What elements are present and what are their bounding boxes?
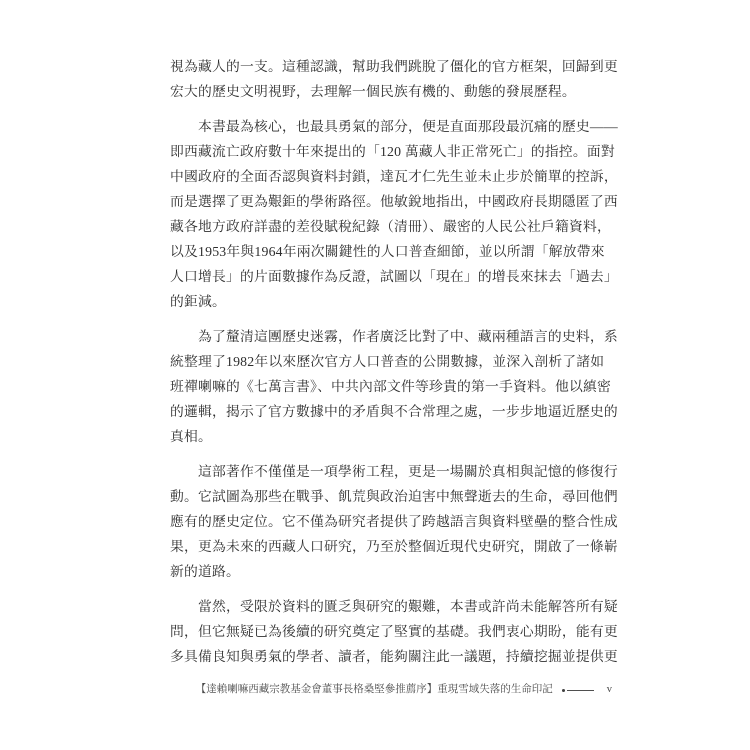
page-number: v — [607, 683, 612, 697]
text-line: 果，更為未來的西藏人口研究，乃至於整個近現代史研究，開啟了一條嶄 — [170, 534, 622, 559]
text-line: 中國政府的全面否認與資料封鎖，達瓦才仁先生並未止步於簡單的控訴， — [170, 164, 622, 189]
text-line: 統整理了1982年以來歷次官方人口普查的公開數據，並深入剖析了諸如 — [170, 349, 622, 374]
text-line: 藏各地方政府詳盡的差役賦稅紀錄（清冊）、嚴密的人民公社戶籍資料， — [170, 214, 622, 239]
text-line: 為了釐清這團歷史迷霧，作者廣泛比對了中、藏兩種語言的史料，系 — [170, 324, 622, 349]
text-line: 宏大的歷史文明視野，去理解一個民族有機的、動態的發展歷程。 — [170, 79, 622, 104]
paragraph: 這部著作不僅僅是一項學術工程，更是一場關於真相與記憶的修復行動。它試圖為那些在戰… — [170, 459, 622, 584]
footer-caption: 【達賴喇嘛西藏宗教基金會董事長格桑堅參推薦序】重現雪域失落的生命印記 — [196, 683, 553, 697]
text-line: 的邏輯，揭示了官方數據中的矛盾與不合常理之處，一步步地逼近歷史的 — [170, 399, 622, 424]
paragraph: 本書最為核心，也最具勇氣的部分，便是直面那段最沉痛的歷史——即西藏流亡政府數十年… — [170, 114, 622, 314]
text-line: 視為藏人的一支。這種認識，幫助我們跳脫了僵化的官方框架，回歸到更 — [170, 54, 622, 79]
text-line: 真相。 — [170, 424, 622, 449]
text-line: 當然，受限於資料的匱乏與研究的艱難，本書或許尚未能解答所有疑 — [170, 594, 622, 619]
text-line: 的鉅減。 — [170, 289, 622, 314]
bullet-dot-icon — [562, 689, 565, 692]
text-line: 問，但它無疑已為後續的研究奠定了堅實的基礎。我們衷心期盼，能有更 — [170, 619, 622, 644]
body-text: 視為藏人的一支。這種認識，幫助我們跳脫了僵化的官方框架，回歸到更宏大的歷史文明視… — [170, 54, 622, 679]
text-line: 動。它試圖為那些在戰爭、飢荒與政治迫害中無聲逝去的生命，尋回他們 — [170, 484, 622, 509]
dash-rule-icon — [567, 690, 594, 691]
book-page: 視為藏人的一支。這種認識，幫助我們跳脫了僵化的官方框架，回歸到更宏大的歷史文明視… — [0, 0, 750, 750]
text-line: 即西藏流亡政府數十年來提出的「120 萬藏人非正常死亡」的指控。面對 — [170, 139, 622, 164]
text-line: 人口增長」的片面數據作為反證，試圖以「現在」的增長來抹去「過去」 — [170, 264, 622, 289]
paragraph: 視為藏人的一支。這種認識，幫助我們跳脫了僵化的官方框架，回歸到更宏大的歷史文明視… — [170, 54, 622, 104]
footer-divider-mark — [562, 689, 594, 692]
text-line: 多具備良知與勇氣的學者、讀者，能夠關注此一議題，持續挖掘並提供更 — [170, 644, 622, 669]
text-line: 以及1953年與1964年兩次關鍵性的人口普查細節，並以所謂「解放帶來 — [170, 239, 622, 264]
text-line: 而是選擇了更為艱鉅的學術路徑。他敏銳地指出，中國政府長期隱匿了西 — [170, 189, 622, 214]
text-line: 應有的歷史定位。它不僅為研究者提供了跨越語言與資料壁壘的整合性成 — [170, 509, 622, 534]
text-line: 班禪喇嘛的《七萬言書》、中共內部文件等珍貴的第一手資料。他以縝密 — [170, 374, 622, 399]
text-line: 本書最為核心，也最具勇氣的部分，便是直面那段最沉痛的歷史—— — [170, 114, 622, 139]
text-line: 這部著作不僅僅是一項學術工程，更是一場關於真相與記憶的修復行 — [170, 459, 622, 484]
paragraph: 為了釐清這團歷史迷霧，作者廣泛比對了中、藏兩種語言的史料，系統整理了1982年以… — [170, 324, 622, 449]
page-footer: 【達賴喇嘛西藏宗教基金會董事長格桑堅參推薦序】重現雪域失落的生命印記 v — [196, 683, 612, 697]
paragraph: 當然，受限於資料的匱乏與研究的艱難，本書或許尚未能解答所有疑問，但它無疑已為後續… — [170, 594, 622, 669]
text-line: 新的道路。 — [170, 559, 622, 584]
